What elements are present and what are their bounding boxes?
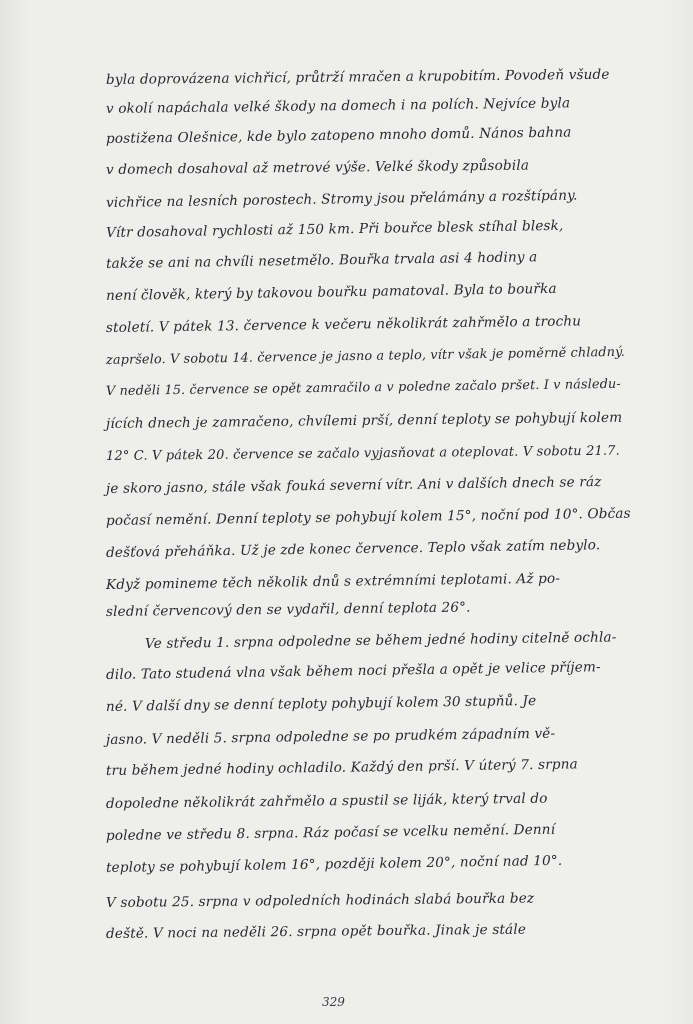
text-line: dopoledne několikrát zahřmělo a spustil … — [106, 789, 646, 812]
text-line: Vítr dosahoval rychlosti až 150 km. Při … — [106, 217, 646, 241]
text-line: né. V další dny se denní teploty pohybuj… — [106, 691, 646, 715]
text-line: v domech dosahoval až metrové výše. Velk… — [106, 156, 646, 178]
page-number: 329 — [322, 995, 345, 1009]
text-line: deště. V noci na neděli 26. srpna opět b… — [106, 920, 646, 942]
text-line: vichřice na lesních porostech. Stromy js… — [106, 187, 646, 211]
paragraph-start-line: Ve středu 1. srpna odpoledne se během je… — [145, 629, 645, 652]
text-line: dilo. Tato studená vlna však během noci … — [106, 659, 646, 683]
text-line: slední červencový den se vydařil, denní … — [106, 597, 646, 620]
text-line: jících dnech je zamračeno, chvílemi prší… — [106, 409, 646, 432]
text-line: zapršelo. V sobotu 14. července je jasno… — [106, 345, 646, 368]
text-line: byla doprovázena vichřicí, průtrží mrače… — [106, 66, 646, 88]
text-line: jasno. V neděli 5. srpna odpoledne se po… — [106, 724, 646, 748]
text-line: 12° C. V pátek 20. července se začalo vy… — [106, 443, 646, 464]
text-line: tru během jedné hodiny ochladilo. Každý … — [106, 755, 646, 779]
text-line: není člověk, který by takovou bouřku pam… — [106, 280, 646, 304]
text-line: teploty se pohybují kolem 16°, později k… — [106, 852, 646, 876]
text-line: století. V pátek 13. července k večeru n… — [106, 312, 646, 336]
text-line: takže se ani na chvíli nesetmělo. Bouřka… — [106, 248, 646, 272]
text-line: V neděli 15. července se opět zamračilo … — [106, 376, 646, 399]
text-line: dešťová přeháňka. Už je zde konec červen… — [106, 537, 646, 561]
text-line: počasí nemění. Denní teploty se pohybují… — [106, 505, 646, 529]
text-line: Když pomineme těch několik dnů s extrémn… — [106, 569, 646, 593]
text-line: poledne ve středu 8. srpna. Ráz počasí s… — [106, 820, 646, 844]
scanned-page: byla doprovázena vichřicí, průtrží mrače… — [0, 0, 693, 1024]
text-line: je skoro jasno, stále však fouká severní… — [106, 473, 646, 497]
text-line: V sobotu 25. srpna v odpoledních hodinác… — [106, 889, 646, 911]
text-line: v okolí napáchala velké škody na domech … — [106, 94, 646, 117]
text-line: postižena Olešnice, kde bylo zatopeno mn… — [106, 123, 646, 147]
